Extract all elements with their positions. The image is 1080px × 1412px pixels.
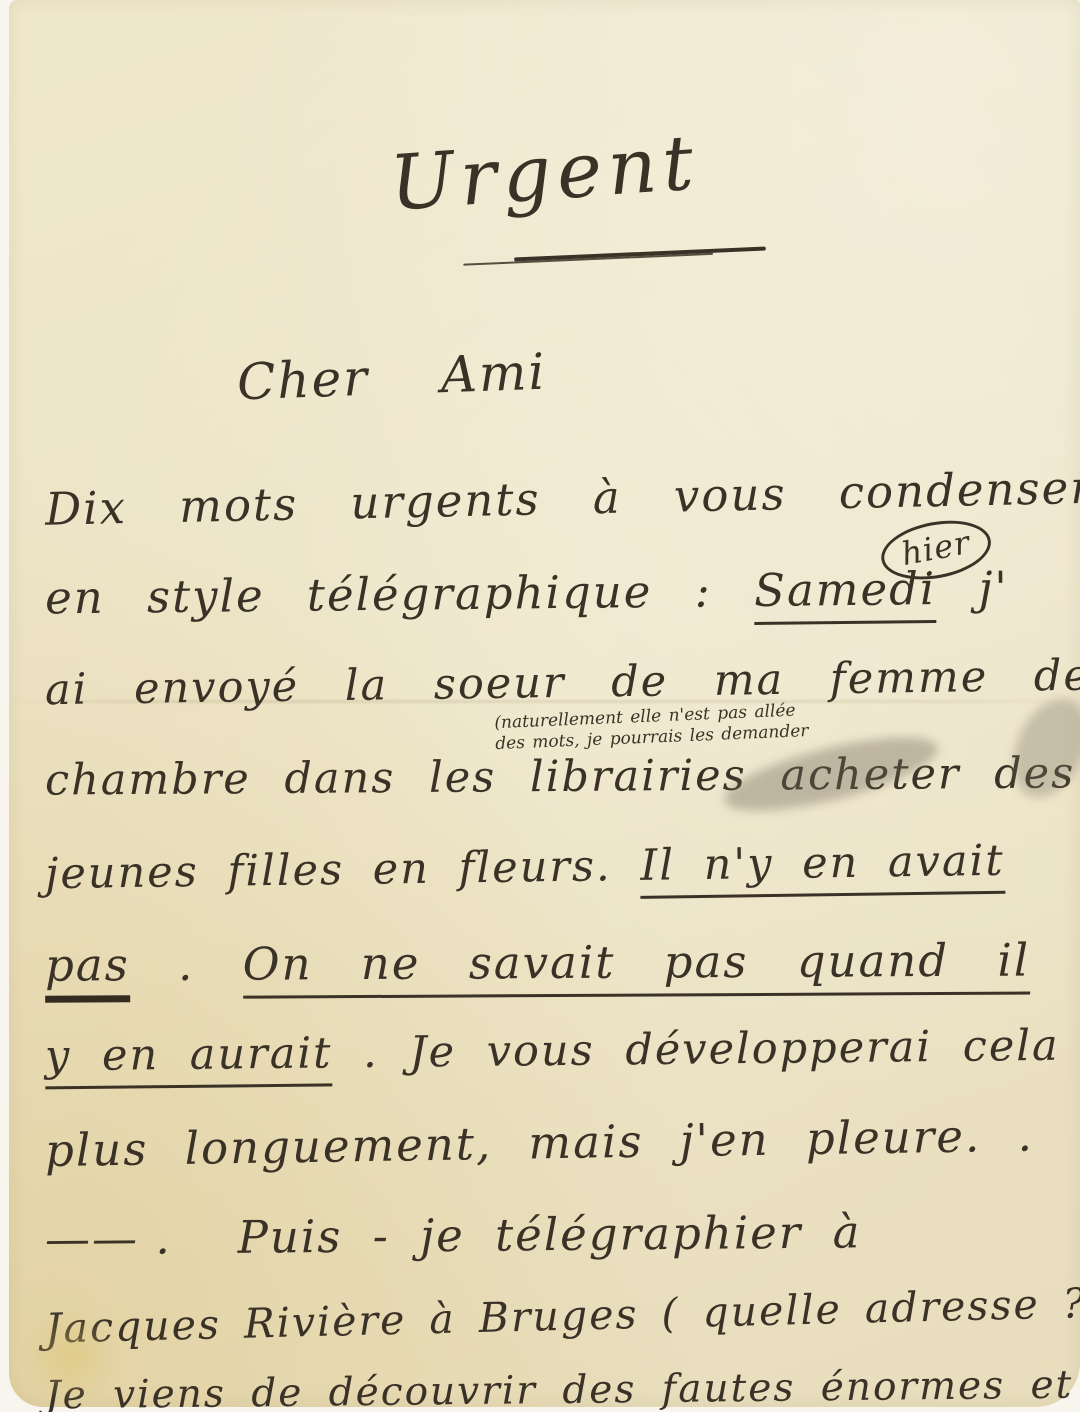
letter-line: en style télégraphique : Samedi j' hier bbox=[45, 561, 1075, 625]
line-text: . Je vous développerai cela bbox=[332, 1021, 1060, 1079]
line-text: Puis - je télégraphier à bbox=[237, 1205, 861, 1263]
dash-stroke: —— . bbox=[45, 1211, 172, 1265]
heavily-underlined-word: pas bbox=[45, 938, 130, 1002]
scanned-letter-page: Urgent Cher Ami Dix mots urgents à vous … bbox=[0, 0, 1080, 1412]
letter-line: Je viens de découvrir des fautes énormes… bbox=[45, 1363, 1075, 1412]
letter-paper: Urgent Cher Ami Dix mots urgents à vous … bbox=[9, 0, 1080, 1407]
line-text: . bbox=[130, 938, 243, 992]
letter-salutation: Cher Ami bbox=[236, 343, 547, 412]
line-text: Jacques Rivière à Bruges ( quelle adress… bbox=[45, 1279, 1080, 1353]
letter-line: plus longuement, mais j'en pleure. . bbox=[45, 1108, 1076, 1177]
letter-line: pas . On ne savait pas quand il bbox=[45, 933, 1075, 991]
underlined-phrase: On ne savait pas quand il bbox=[243, 934, 1031, 999]
line-text: jeunes filles en fleurs. bbox=[45, 841, 641, 899]
line-text: en style télégraphique : bbox=[45, 564, 755, 624]
title-underline-stroke bbox=[514, 247, 766, 262]
letter-line: Jacques Rivière à Bruges ( quelle adress… bbox=[45, 1279, 1076, 1352]
underlined-phrase: Il n'y en avait bbox=[640, 836, 1005, 899]
letter-line: —— .Puis - je télégraphier à bbox=[45, 1204, 1075, 1266]
underlined-phrase: y en aurait bbox=[45, 1028, 333, 1089]
letter-line: jeunes filles en fleurs. Il n'y en avait bbox=[45, 835, 1076, 899]
letter-line: y en aurait . Je vous développerai cela bbox=[45, 1021, 1075, 1082]
paper-stain bbox=[23, 1308, 119, 1404]
line-text: Je viens de découvrir des fautes énormes… bbox=[45, 1363, 1074, 1412]
line-text: plus longuement, mais j'en pleure. . bbox=[45, 1109, 1035, 1178]
letter-title: Urgent bbox=[7, 91, 1080, 254]
